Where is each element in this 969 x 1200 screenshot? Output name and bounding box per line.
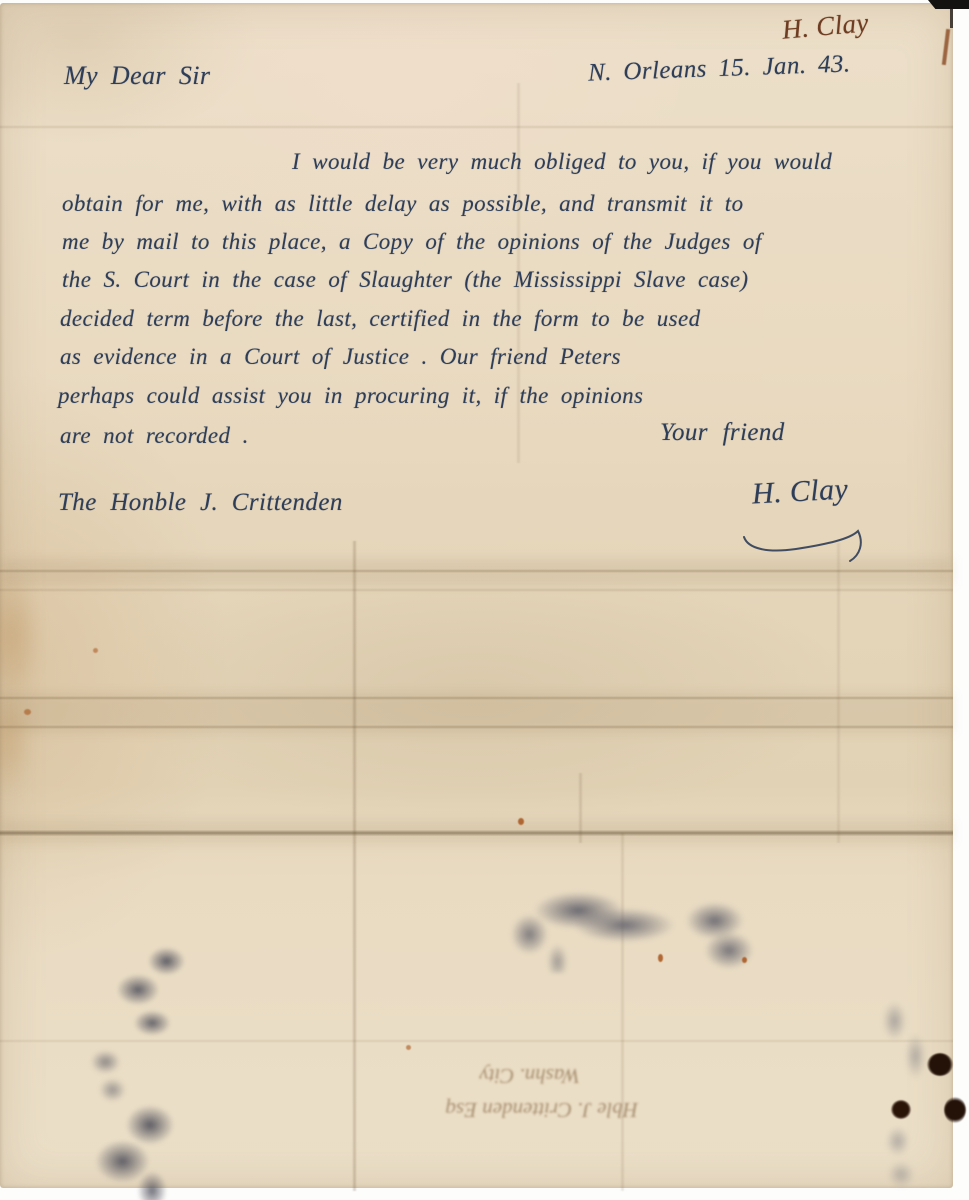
letter-body-line: obtain for me, with as little delay as p… bbox=[62, 191, 743, 217]
ink-blot bbox=[891, 1100, 911, 1119]
fold-crease bbox=[0, 588, 953, 592]
foxing-spot bbox=[742, 957, 747, 963]
letter-body-line: me by mail to this place, a Copy of the … bbox=[62, 229, 762, 255]
addressee: The Honble J. Crittenden bbox=[58, 489, 343, 517]
fold-crease bbox=[0, 125, 953, 129]
ink-smudge bbox=[505, 881, 680, 973]
ink-smudge-faint bbox=[870, 999, 940, 1087]
fold-shadow bbox=[0, 693, 953, 733]
ink-blot bbox=[944, 1097, 966, 1123]
foxing-spot bbox=[518, 818, 524, 825]
letter-body-line: as evidence in a Court of Justice . Our … bbox=[60, 344, 621, 370]
letter-paper: H. Clay N. Orleans 15. Jan. 43. My Dear … bbox=[0, 3, 953, 1188]
letter-body-line: perhaps could assist you in procuring it… bbox=[58, 383, 643, 409]
fold-shadow bbox=[0, 821, 953, 843]
letter-body-line: are not recorded . bbox=[60, 423, 249, 449]
ink-smudge bbox=[100, 947, 195, 1042]
foxing-spot bbox=[658, 954, 663, 962]
ink-smudge bbox=[672, 891, 767, 976]
letter-body-line: I would be very much obliged to you, if … bbox=[292, 149, 832, 175]
signature-flourish bbox=[738, 521, 868, 567]
rust-mark bbox=[942, 29, 950, 65]
verso-bleedthrough-line: Hble J. Crittenden Esq bbox=[318, 1093, 638, 1127]
water-stain bbox=[0, 563, 68, 803]
ink-blot bbox=[927, 1053, 953, 1076]
foxing-spot bbox=[93, 648, 98, 653]
scanned-letter: H. Clay N. Orleans 15. Jan. 43. My Dear … bbox=[0, 0, 969, 1200]
verso-bleedthrough-line: Washn. City bbox=[318, 1059, 580, 1093]
closing: Your friend bbox=[660, 419, 785, 447]
salutation: My Dear Sir bbox=[64, 61, 210, 91]
ink-smudge bbox=[84, 1099, 194, 1200]
dateline: N. Orleans 15. Jan. 43. bbox=[588, 50, 851, 87]
ink-smudge-faint bbox=[868, 1119, 934, 1193]
verso-bleedthrough: Hble J. Crittenden Esq Washn. City bbox=[318, 1059, 638, 1127]
scan-edge-artifact bbox=[950, 6, 953, 28]
collector-annotation: H. Clay bbox=[781, 7, 870, 45]
letter-body-line: the S. Court in the case of Slaughter (t… bbox=[62, 267, 748, 293]
foxing-spot bbox=[406, 1045, 411, 1050]
signature: H. Clay bbox=[751, 473, 849, 512]
letter-body-line: decided term before the last, certified … bbox=[60, 306, 701, 332]
